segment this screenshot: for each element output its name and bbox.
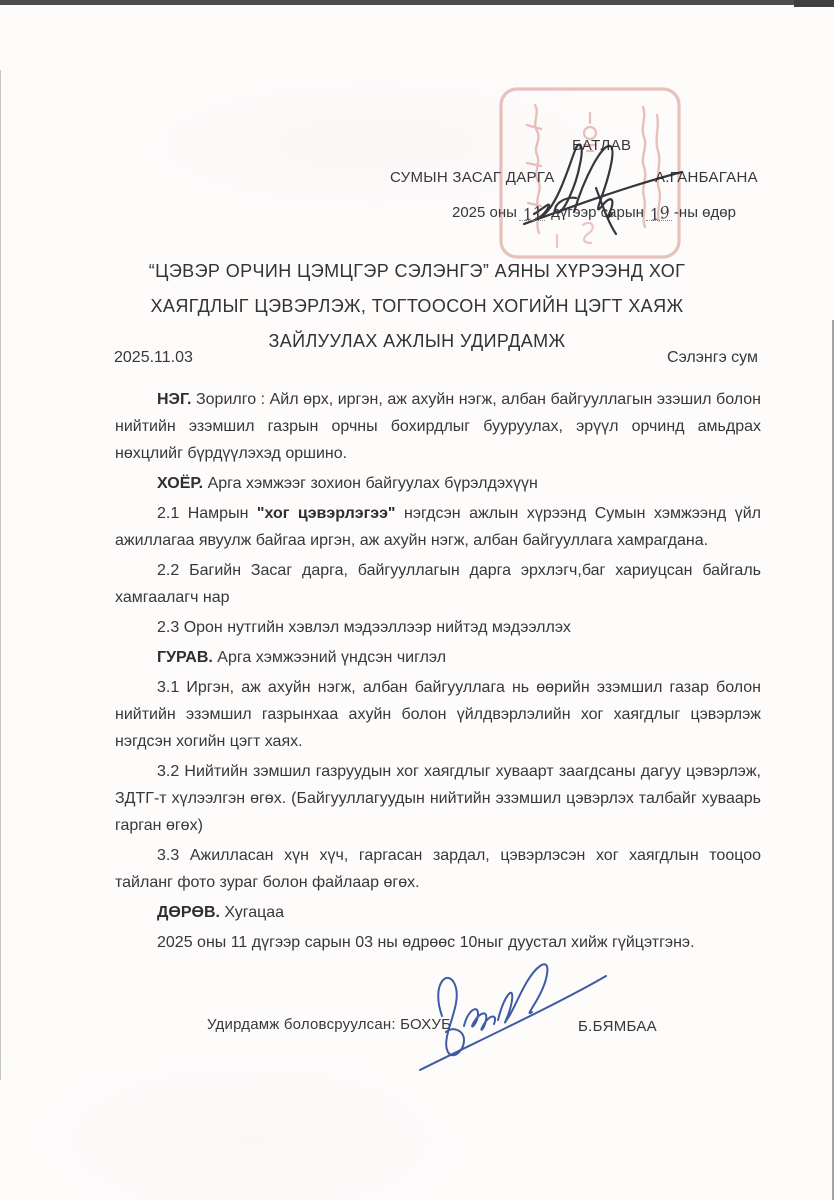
title-line-1: “ЦЭВЭР ОРЧИН ЦЭМЦГЭР СЭЛЭНГЭ” АЯНЫ ХҮРЭЭ… xyxy=(0,254,834,289)
paragraph-2-1: 2.1 Намрын "хог цэвэрлэгээ" нэгдсэн ажлы… xyxy=(115,500,761,554)
section-two-heading: ХОЁР. Арга хэмжээг зохион байгуулах бүрэ… xyxy=(115,470,761,497)
date-suffix: -ны өдөр xyxy=(674,204,736,221)
scan-edge-top xyxy=(0,0,834,5)
section-four-label: ДӨРӨВ. xyxy=(157,904,220,921)
document-date: 2025.11.03 xyxy=(114,349,193,367)
handwritten-day-slot: 19 xyxy=(646,201,672,221)
document-title: “ЦЭВЭР ОРЧИН ЦЭМЦГЭР СЭЛЭНГЭ” АЯНЫ ХҮРЭЭ… xyxy=(0,254,834,359)
preparer-signature-icon xyxy=(408,952,618,1077)
handwritten-day: 19 xyxy=(648,202,672,225)
date-mid: дүгээр сарын xyxy=(551,204,644,221)
paragraph-3-2: 3.2 Нийтийн зэмшил газруудын хог хаягдлы… xyxy=(115,758,761,839)
bold-campaign-name: "хог цэвэрлэгээ" xyxy=(257,505,396,522)
title-line-2: ХАЯГДЛЫГ ЦЭВЭРЛЭЖ, ТОГТООСОН ХОГИЙН ЦЭГТ… xyxy=(0,289,834,324)
approval-date-line: 2025 оны11 дүгээр сарын19-ны өдөр xyxy=(452,201,736,221)
section-two-label: ХОЁР. xyxy=(157,475,203,492)
section-three-label: ГУРАВ. xyxy=(157,649,213,666)
section-four-heading: ДӨРӨВ. Хугацаа xyxy=(115,899,761,926)
paragraph-3-1: 3.1 Иргэн, аж ахуйн нэгж, албан байгуулл… xyxy=(115,674,761,755)
paragraph-3-3: 3.3 Ажилласан хүн хүч, гаргасан зардал, … xyxy=(115,842,761,896)
handwritten-month-slot: 11 xyxy=(519,201,545,221)
date-prefix: 2025 оны xyxy=(452,204,517,221)
scanned-document-page: БАТЛАВ СУМЫН ЗАСАГ ДАРГА А.ГАНБАГАНА 202… xyxy=(0,0,834,1200)
paragraph-2-2: 2.2 Багийн Засаг дарга, байгууллагын дар… xyxy=(115,557,761,611)
section-three-heading: ГУРАВ. Арга хэмжээний үндсэн чиглэл xyxy=(115,644,761,671)
section-one-label: НЭГ. xyxy=(157,391,191,408)
document-body: НЭГ. Зорилго : Айл өрх, иргэн, аж ахуйн … xyxy=(115,386,761,959)
paragraph-2-3: 2.3 Орон нутгийн хэвлэл мэдээллээр нийтэ… xyxy=(115,614,761,641)
handwritten-month: 11 xyxy=(521,202,545,225)
paragraph-goal: НЭГ. Зорилго : Айл өрх, иргэн, аж ахуйн … xyxy=(115,386,761,467)
scan-edge-left xyxy=(0,70,1,1080)
document-location: Сэлэнгэ сум xyxy=(667,349,758,367)
governor-signature-icon xyxy=(518,138,688,238)
